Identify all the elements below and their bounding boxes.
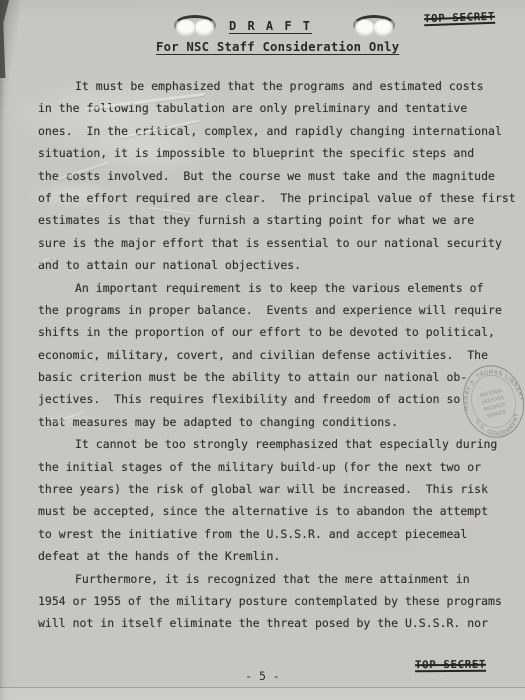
classification-marking-top: TOP SECRET (424, 10, 495, 25)
text-line: the initial stages of the military build… (38, 456, 516, 478)
text-line: Furthermore, it is recognized that the m… (38, 568, 516, 590)
punch-holes-right (355, 19, 393, 37)
text-line: the programs in proper balance. Events a… (38, 299, 516, 321)
punch-holes-left (176, 19, 214, 37)
text-line: shifts in the proportion of our effort t… (38, 321, 516, 343)
text-line: 1954 or 1955 of the military posture con… (38, 590, 516, 612)
text-line: ones. In the critical, complex, and rapi… (38, 120, 516, 142)
text-line: three years) the risk of global war will… (38, 478, 516, 500)
text-line: in the following tabulation are only pre… (38, 97, 516, 119)
text-line: economic, military, covert, and civilian… (38, 344, 516, 366)
text-line: the costs involved. But the course we mu… (38, 165, 516, 187)
text-line: of the effort required are clear. The pr… (38, 187, 516, 209)
punch-hole (373, 19, 393, 37)
document-subtitle: For NSC Staff Consideration Only (156, 40, 399, 54)
text-line: situation, it is impossible to blueprint… (38, 142, 516, 164)
scan-edge-band (0, 688, 525, 700)
text-line: will not in itself eliminate the threat … (38, 612, 516, 634)
text-line: An important requirement is to keep the … (38, 277, 516, 299)
text-line: estimates is that they furnish a startin… (38, 209, 516, 231)
punch-hole (176, 19, 196, 37)
text-line: jectives. This requires flexibility and … (38, 388, 516, 410)
punch-hole (355, 19, 375, 37)
text-line: defeat at the hands of the Kremlin. (38, 545, 516, 567)
punch-hole (194, 19, 214, 37)
text-line: must be accepted, since the alternative … (38, 500, 516, 522)
text-line: It cannot be too strongly reemphasized t… (38, 433, 516, 455)
text-line: and to attain our national objectives. (38, 254, 516, 276)
page-number: - 5 - (0, 669, 525, 683)
text-line: that measures may be adapted to changing… (38, 411, 516, 433)
document-title: D R A F T (229, 19, 312, 33)
text-line: to wrest the initiative from the U.S.S.R… (38, 523, 516, 545)
text-line: sure is the major effort that is essenti… (38, 232, 516, 254)
text-line: It must be emphasized that the programs … (38, 75, 516, 97)
text-line: basic criterion must be the ability to a… (38, 366, 516, 388)
document-body: It must be emphasized that the programs … (38, 75, 516, 635)
scanned-document-page: TOP SECRET D R A F T For NSC Staff Consi… (0, 0, 525, 700)
